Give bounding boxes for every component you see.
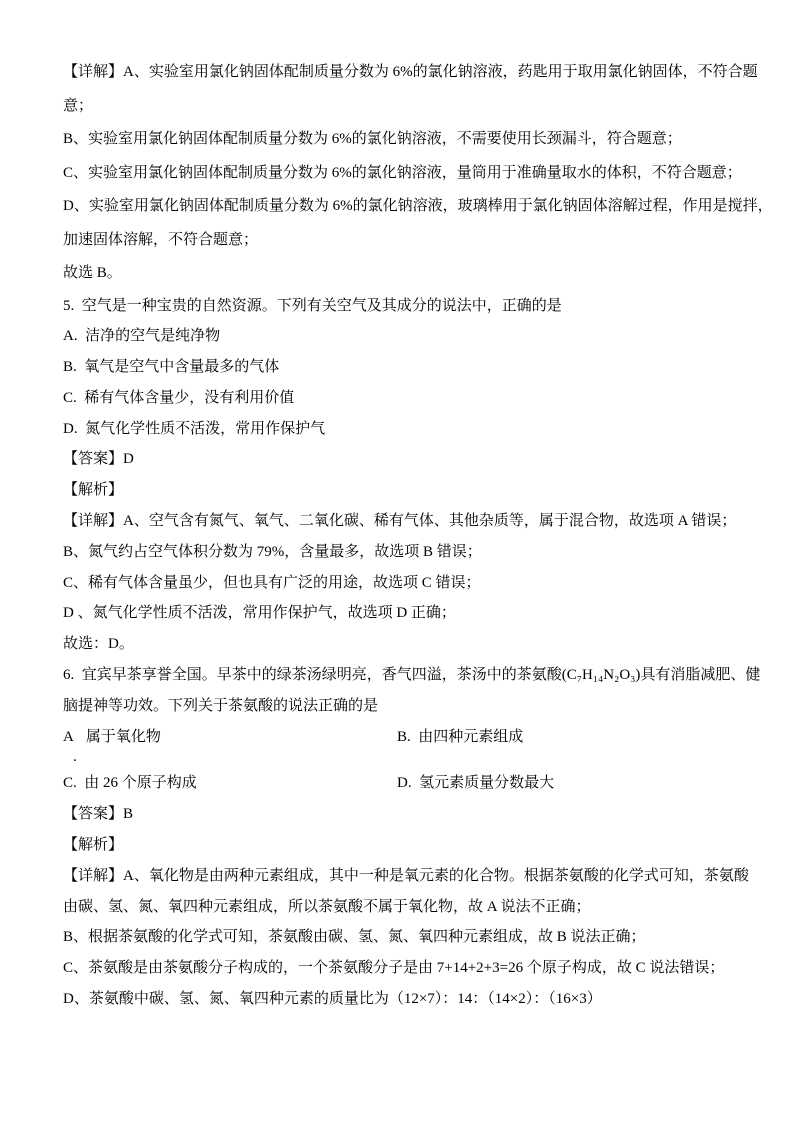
q5-conclusion: 故选：D。 (63, 629, 754, 660)
q4-detail-line: 意； (63, 90, 754, 124)
q6-stem-line: 6. 宜宾早茶享誉全国。早茶中的绿茶汤绿明亮，香气四溢，茶汤中的茶氨酸(C₇H₁… (63, 660, 754, 691)
q4-detail-line: B、实验室用氯化钠固体配制质量分数为 6%的氯化钠溶液，不需要使用长颈漏斗，符合… (63, 123, 754, 157)
q6-stem-line: 脑提神等功效。下列关于茶氨酸的说法正确的是 (63, 691, 754, 722)
q5-q6-block: 5. 空气是一种宝贵的自然资源。下列有关空气及其成分的说法中，正确的是 A. 洁… (63, 291, 754, 1015)
q5-detail-line: D 、氮气化学性质不活泼，常用作保护气，故选项 D 正确； (63, 598, 754, 629)
q5-detail-line: B、氮气约占空气体积分数为 79%，含量最多，故选项 B 错误； (63, 537, 754, 568)
q5-answer-label: 【答案】D (63, 444, 754, 475)
q5-detail-line: C、稀有气体含量虽少，但也具有广泛的用途，故选项 C 错误； (63, 568, 754, 599)
q5-option-a: A. 洁净的空气是纯净物 (63, 321, 754, 352)
q4-detail-line: C、实验室用氯化钠固体配制质量分数为 6%的氯化钠溶液，量筒用于准确量取水的体积… (63, 157, 754, 191)
document-page: 【详解】A、实验室用氯化钠固体配制质量分数为 6%的氯化钠溶液，药匙用于取用氯化… (0, 0, 794, 1123)
q6-option-a-label: A (63, 729, 74, 745)
q5-analysis-label: 【解析】 (63, 475, 754, 506)
q6-options-row-cd: C. 由 26 个原子构成 D. 氢元素质量分数最大 (63, 768, 754, 799)
q4-detail-line: 【详解】A、实验室用氯化钠固体配制质量分数为 6%的氯化钠溶液，药匙用于取用氯化… (63, 56, 754, 90)
q6-detail-line: C、茶氨酸是由茶氨酸分子构成的，一个茶氨酸分子是由 7+14+2+3=26 个原… (63, 953, 754, 984)
q6-option-c: C. 由 26 个原子构成 (63, 768, 397, 799)
q5-option-c: C. 稀有气体含量少，没有利用价值 (63, 383, 754, 414)
q6-detail-line: 【详解】A、氧化物是由两种元素组成，其中一种是氧元素的化合物。根据茶氨酸的化学式… (63, 861, 754, 892)
q6-option-d: D. 氢元素质量分数最大 (397, 768, 754, 799)
q6-option-a-text: 属于氧化物 (86, 729, 161, 745)
q4-detail-block: 【详解】A、实验室用氯化钠固体配制质量分数为 6%的氯化钠溶液，药匙用于取用氯化… (63, 56, 754, 291)
q6-options-row-ab: A属于氧化物 B. 由四种元素组成 (63, 722, 754, 753)
q6-option-a: A属于氧化物 (63, 722, 397, 753)
q6-analysis-label: 【解析】 (63, 830, 754, 861)
q6-detail-line: 由碳、氢、氮、氧四种元素组成，所以茶氨酸不属于氧化物，故 A 说法不正确； (63, 892, 754, 923)
q4-detail-line: D、实验室用氯化钠固体配制质量分数为 6%的氯化钠溶液，玻璃棒用于氯化钠固体溶解… (63, 190, 754, 224)
q5-option-d: D. 氮气化学性质不活泼，常用作保护气 (63, 414, 754, 445)
q6-detail-line: D、茶氨酸中碳、氢、氮、氧四种元素的质量比为（12×7）：14：（14×2）：（… (63, 984, 754, 1015)
q5-detail-line: 【详解】A、空气含有氮气、氧气、二氧化碳、稀有气体、其他杂质等，属于混合物，故选… (63, 506, 754, 537)
q5-stem: 5. 空气是一种宝贵的自然资源。下列有关空气及其成分的说法中，正确的是 (63, 291, 754, 322)
q6-option-b: B. 由四种元素组成 (397, 722, 754, 753)
q4-conclusion: 故选 B。 (63, 257, 754, 291)
q6-option-a-stray-period: . (63, 752, 754, 768)
q6-detail-line: B、根据茶氨酸的化学式可知，茶氨酸由碳、氢、氮、氧四种元素组成，故 B 说法正确… (63, 922, 754, 953)
q6-answer-label: 【答案】B (63, 799, 754, 830)
q4-detail-line: 加速固体溶解，不符合题意； (63, 224, 754, 258)
q5-option-b: B. 氧气是空气中含量最多的气体 (63, 352, 754, 383)
